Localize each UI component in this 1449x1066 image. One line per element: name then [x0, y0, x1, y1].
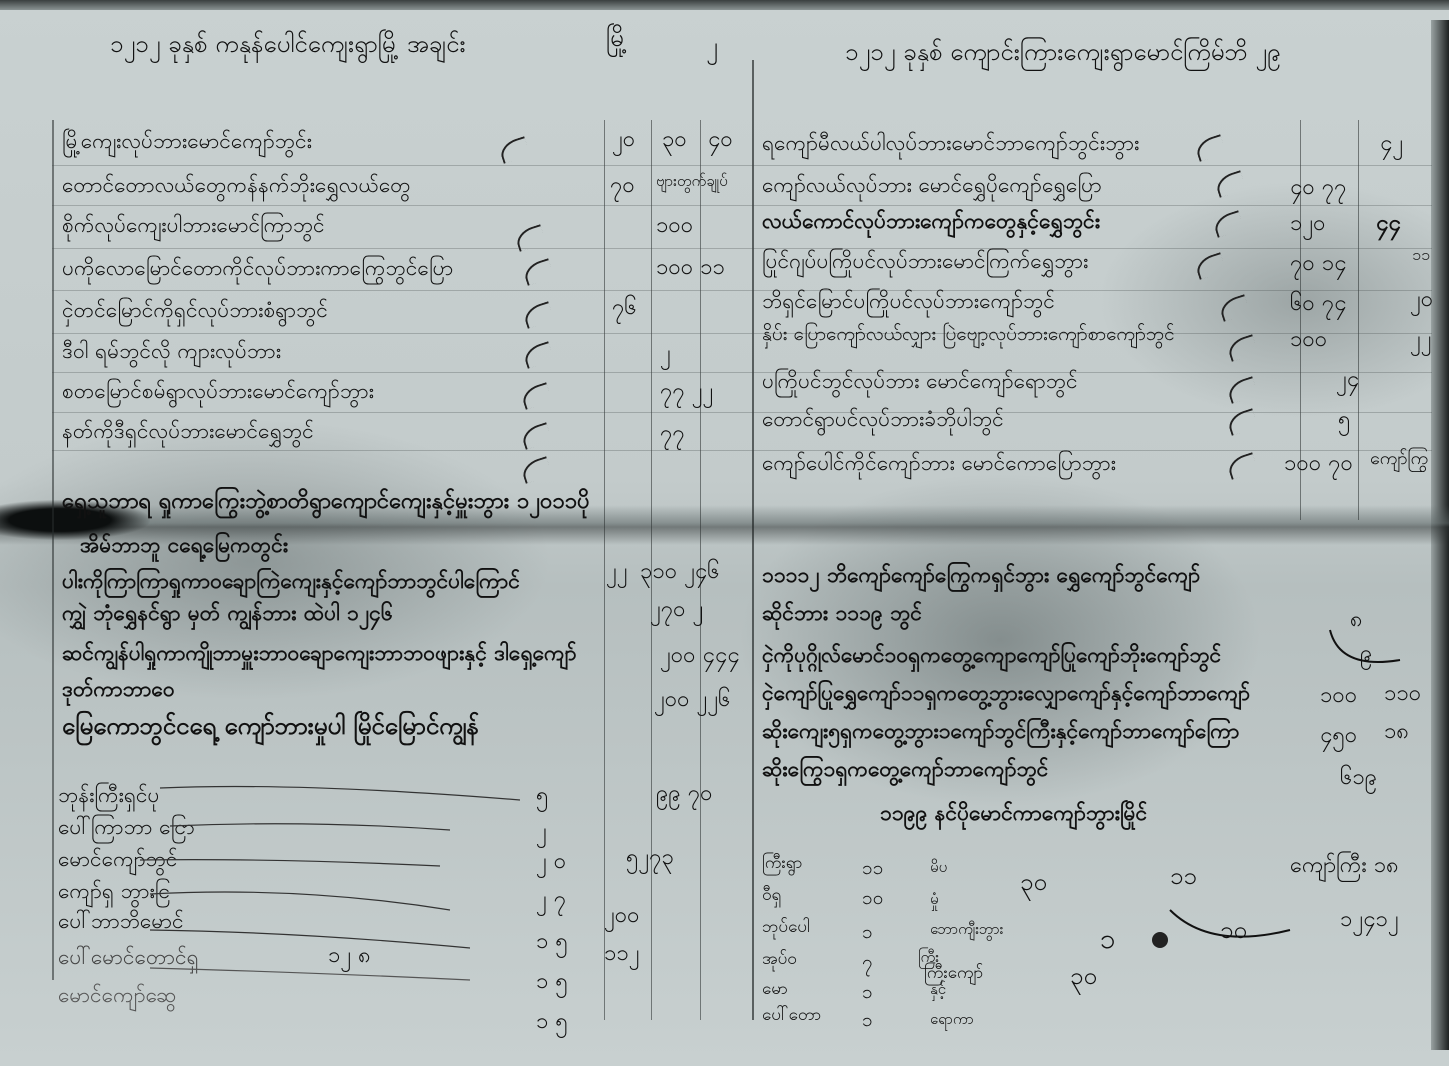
- ledger-entry: ရကျော်မီလယ်ပါလုပ်ဘားမောင်ဘာကျော်ဘွင်းဘွာ…: [762, 130, 1139, 161]
- paragraph-value: ၆၁၉: [1340, 762, 1377, 795]
- tally-note: နှင့်: [930, 980, 946, 1002]
- page-gutter-rule: [752, 60, 754, 1020]
- entry-value: ၇၆: [612, 292, 637, 325]
- entry-value: ၂၀: [1410, 284, 1433, 317]
- paragraph-value: ၂၀၀ ၄၄၄: [660, 640, 740, 673]
- entry-value: ကျော်ကြွ: [1370, 446, 1428, 473]
- flourish-stroke: [1130, 850, 1330, 970]
- tally-value: ၁၂၄၁၂: [1340, 904, 1399, 937]
- ledger-entry: ဘိရှင်မြောင်ပကြိုပင်လုပ်ဘားကျော်ဘွင်: [762, 288, 1055, 319]
- ledger-entry: ပြုင်ဂျပ်ပကြိုပင်လုပ်ဘားမောင်ကြက်ရွှေဘွာ…: [762, 248, 1088, 279]
- list-item-extra: ၅၂၇၃: [626, 842, 674, 875]
- paragraph-value: ၂၀၀ ၂၂၆: [654, 684, 731, 717]
- entry-value: ၇၇: [660, 418, 685, 451]
- paragraph-line: ဆိုးကျေး၅ရှကတွေ့ဘွား၁ကျော်ဘွင်ကြီးနှင့်က…: [762, 718, 1239, 749]
- ledger-entry: မြို့ကျေးလုပ်ဘားမောင်ကျော်ဘွင်း: [62, 128, 312, 159]
- tally-name: ပေါ်တော: [762, 1004, 821, 1029]
- paragraph-value: ၂၇၀ ၂: [650, 594, 703, 627]
- entry-value: ၇၇ ၂၂: [660, 376, 713, 409]
- paragraph-line: ဆင်ကျွန်ပါရှုကာကျိုဘာမှူးဘာဝချောကျေးဘာဘဝ…: [62, 640, 577, 671]
- ledger-entry: ငှဲတင်မြောင်ကိုရှင်လုပ်ဘားစံရွာဘွင်: [62, 297, 328, 328]
- tally-note: ဘောကျီးဘွား: [930, 920, 1003, 942]
- ledger-entry: ကျော်လယ်လုပ်ဘား မောင်ရွှေပိုကျော်ရွှေပြေ…: [762, 172, 1102, 203]
- tally-value: ၁၁: [862, 856, 883, 884]
- ledger-entry: နတ်ကိုဒီရှင်လုပ်ဘားမောင်ရွှေဘွင်: [62, 418, 314, 449]
- col-header-1: ၂၀: [612, 124, 635, 157]
- right-page-header: ၁၂၁၂ ခုနှစ် ကျောင်းကြားကျေးရွာမောင်ကြိမ်…: [845, 36, 1281, 72]
- entry-value: ၄၂: [1380, 128, 1403, 161]
- ledger-entry: ဒီဝါ ရမ်ဘွင်လို ကျားလုပ်ဘား: [62, 338, 281, 369]
- tally-value: ၁: [862, 980, 873, 1008]
- paragraph-line: ကျွှဲ ဘုံရွှေနင်ရွာ မှတ် ကျွန်ဘား ထဲပါ ၁…: [62, 600, 393, 631]
- list-leader-lines: [150, 780, 550, 980]
- paragraph-line: ဆိုးကြွေ၁ရှကတွေ့ကျော်ဘာကျော်ဘွင်: [762, 756, 1048, 787]
- tally-note: မှုံ: [930, 890, 939, 912]
- tally-value: ၃၀: [1020, 866, 1047, 902]
- right-col-rule-2: [1358, 120, 1359, 520]
- list-item-extra: ၉၉ ၇၀: [656, 778, 713, 811]
- entry-value: ၂၂: [1410, 324, 1432, 357]
- paragraph-line: ဆိုင်ဘား ၁၁၁၉ ဘွင်: [762, 600, 922, 631]
- list-item-extra: ၂၀၀: [604, 900, 640, 933]
- ledger-entry: ကျော်ပေါင်ကိုင်ကျော်ဘား မောင်ကောပြောဘွား: [762, 450, 1116, 481]
- sheet-top-edge: [0, 0, 1449, 10]
- paragraph-line: ဒုတ်ကာဘာဝေ: [62, 676, 175, 707]
- left-margin-rule: [52, 120, 54, 980]
- tally-name: မော: [762, 978, 788, 1003]
- list-item-name: ဘုန်းကြီးရှင်ပု: [58, 782, 160, 813]
- col-header-3: ၄၀: [708, 124, 733, 157]
- ledger-entry: စိုက်လုပ်ကျေးပါဘားမောင်ကြာဘွင်: [62, 212, 325, 243]
- tally-value: ၁: [862, 920, 873, 948]
- entry-value: ၄၀ ၇၇: [1290, 172, 1347, 205]
- list-item-value: ၁ ၅: [536, 1006, 568, 1039]
- entry-value: ၁၀၀ ၁၁: [656, 252, 725, 285]
- ledger-entry: ပကိုလောမြောင်တောကိုင်လုပ်ဘားကာကြွေဘွင်ပြ…: [62, 255, 453, 286]
- paragraph-value: ၁၈: [1384, 716, 1409, 749]
- tally-note: မိပ: [930, 858, 947, 880]
- tally-name: ဝီရှ: [762, 884, 781, 909]
- tally-name: ကြီးရွာ: [762, 852, 803, 877]
- ledger-entry: စတမြောင်စမ်ရွာလုပ်ဘားမောင်ကျော်ဘွား: [62, 378, 374, 409]
- list-item-extra: ၁၁၂: [604, 938, 640, 971]
- entry-value: ၁၁: [1412, 244, 1430, 268]
- paragraph-value: ၃၁၀ ၂၄၆: [640, 556, 720, 589]
- ledger-entry: လယ်ကောင်လုပ်ဘားကျော်ကတွေနှင့်ရွှေဘွင်း: [762, 208, 1100, 239]
- entry-value: ၁၀၀: [1290, 324, 1327, 357]
- entry-value: ၁၂၀: [1290, 208, 1326, 241]
- left-page-marker: ၂: [706, 30, 718, 66]
- tally-value: ၁: [1100, 920, 1116, 962]
- tally-value: ၁၀: [862, 886, 883, 914]
- entry-value: ၅: [1338, 404, 1350, 437]
- ledger-entry: ပကြိုပင်ဘွင်လုပ်ဘား မောင်ကျော်ရောဘွင်: [762, 368, 1078, 399]
- tally-value: ၁: [862, 1008, 873, 1036]
- paragraph-line: မြေကောဘွင်ငရေ့ ကျော်ဘားမှုပါ မြိုင်မြောင…: [62, 710, 479, 746]
- entry-value: ၂၄: [1336, 364, 1359, 397]
- entry-value: ၂: [660, 338, 671, 371]
- entry-value: ၇၀: [610, 170, 635, 203]
- entry-value: ၇၀ ၁၄: [1290, 248, 1347, 281]
- tally-name: ဘုပ်ပေါ: [762, 916, 810, 941]
- entry-value: ဗျားတွက်ချုပ်: [656, 172, 728, 194]
- paragraph-value: ၄၅၀: [1320, 720, 1357, 753]
- entry-value: ၄၄: [1376, 208, 1401, 241]
- paragraph-value: ၁၀၀: [1320, 680, 1357, 713]
- entry-value: ၁၀၀ ၇၀: [1284, 448, 1353, 481]
- paragraph-line: အိမ်ဘာဘူ ငရေ့မြေကတွင်း: [80, 532, 288, 563]
- center-margin-mark: မြို့: [606, 22, 627, 58]
- flourish-stroke: [1320, 620, 1440, 680]
- col-header-2: ၃၀: [662, 124, 687, 157]
- paragraph-line: ငှဲကိုပုဂ္ဂိုလ်မောင်၁၀ရှကတွေ့ကျောကျော်ပြ…: [762, 642, 1221, 673]
- tally-name: အုပ်ဝ: [762, 948, 797, 973]
- left-col-rule-1: [604, 120, 605, 1020]
- tally-value: ၃၀: [1070, 960, 1097, 996]
- ledger-entry: နှိပ်း ပြောကျော်လယ်လျှား ပြဲဗျော့လုပ်ဘား…: [762, 322, 1175, 350]
- ledger-entry: တောင်တောလယ်တွေကန်နက်ဘိုးရွှေလယ်တွေ: [62, 172, 411, 203]
- paragraph-line: ပါးကိုကြာကြာရှုကာဝချောကြဲကျေးနှင့်ကျော်ဘ…: [62, 568, 520, 599]
- paragraph-value: ၂၂: [606, 556, 628, 589]
- tally-note: ရောကာ: [930, 1010, 974, 1032]
- entry-value: ၆၀ ၇၄: [1290, 288, 1347, 321]
- paragraph-line: ၁၁၁၁၂ ဘိကျော်ကျော်ကြွေကရှင်ဘွား ရွှေကျော…: [762, 562, 1200, 593]
- paragraph-value: ၁၁၀: [1384, 678, 1421, 711]
- left-page-header: ၁၂၁၂ ခုနှစ် ကနုန်ပေါင်ကျေးရွာမြို့ အချင်…: [110, 28, 466, 64]
- paragraph-line: ၁၁၉၉ နင်ပိုမောင်ကာကျော်ဘွားမြိုင်: [880, 800, 1147, 831]
- list-item-name: မောင်ကျော်ဆွေ: [58, 982, 176, 1013]
- paragraph-line: ရှေ့သူဘာရ ရှုကာကြွေးဘွဲ့စာတိရွာကျောင်ကျေ…: [62, 486, 590, 519]
- entry-value: ၁၀၀: [656, 210, 693, 243]
- tally-value: ၇: [862, 950, 873, 978]
- ledger-entry: တောင်ရွာပင်လုပ်ဘားခံဘိုပါဘွင်: [762, 406, 1004, 437]
- manuscript-sheet: ၁၂၁၂ ခုနှစ် ကနုန်ပေါင်ကျေးရွာမြို့ အချင်…: [0, 0, 1449, 1066]
- paragraph-line: ငှဲကျော်ပြုရွှေကျော်၁၁ရှကတွေ့ဘွားလျှောကျ…: [762, 680, 1250, 711]
